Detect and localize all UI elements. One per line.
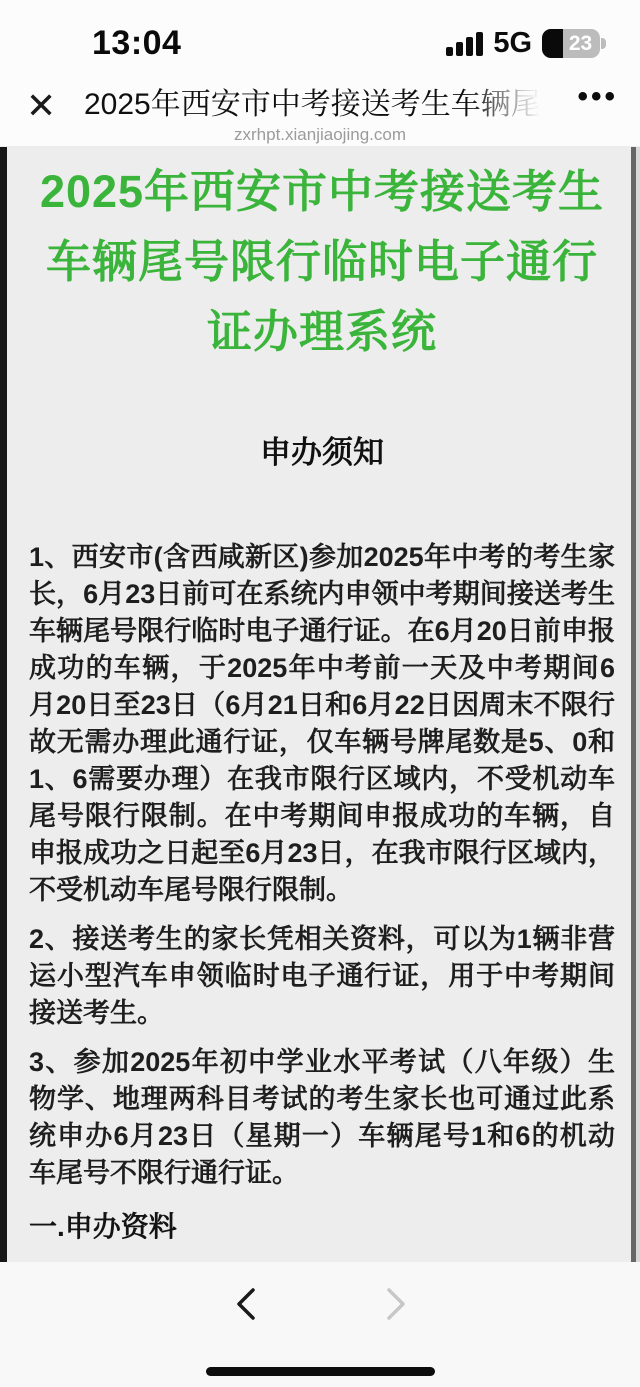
nav-title-box: 2025年西安市中考接送考生车辆尾号限行 xyxy=(84,84,554,126)
status-bar: 13:04 5G 23 xyxy=(0,0,640,88)
back-button[interactable] xyxy=(232,1286,260,1327)
heading-line-2: 车辆尾号限行临时电子通行 xyxy=(29,227,615,297)
heading-line-1: 2025年西安市中考接送考生 xyxy=(29,157,615,227)
cellular-signal-icon xyxy=(446,32,483,56)
battery-fill xyxy=(542,29,563,58)
notice-paragraphs: 1、西安市(含西咸新区)参加2025年中考的考生家长，6月23日前可在系统内申领… xyxy=(29,539,615,1192)
home-indicator[interactable] xyxy=(206,1367,435,1376)
back-chevron-icon xyxy=(232,1286,260,1322)
more-menu-icon[interactable]: ••• xyxy=(577,80,618,114)
page-url: zxrhpt.xianjiaojing.com xyxy=(0,125,640,145)
notice-paragraph-3: 3、参加2025年初中学业水平考试（八年级）生物学、地理两科目考试的考生家长也可… xyxy=(29,1044,615,1192)
network-type-label: 5G xyxy=(493,27,532,60)
browser-page-title: 2025年西安市中考接送考生车辆尾号限行 xyxy=(84,88,554,121)
phone-screen: 13:04 5G 23 ✕ 2025年西安市中考接送考生车辆尾号限行 ••• z… xyxy=(0,0,640,1387)
browser-toolbar xyxy=(0,1262,640,1387)
heading-line-3: 证办理系统 xyxy=(29,297,615,367)
page-content: 2025年西安市中考接送考生 车辆尾号限行临时电子通行 证办理系统 申办须知 1… xyxy=(7,147,631,1262)
page-left-edge xyxy=(0,147,7,1262)
battery-nub xyxy=(601,38,606,49)
notice-paragraph-1: 1、西安市(含西咸新区)参加2025年中考的考生家长，6月23日前可在系统内申领… xyxy=(29,539,615,909)
notice-paragraph-2: 2、接送考生的家长凭相关资料，可以为1辆非营运小型汽车申领临时电子通行证，用于中… xyxy=(29,921,615,1032)
webview: 2025年西安市中考接送考生 车辆尾号限行临时电子通行 证办理系统 申办须知 1… xyxy=(0,147,640,1262)
status-right-cluster: 5G 23 xyxy=(446,27,600,60)
battery-icon: 23 xyxy=(542,29,600,58)
notice-title: 申办须知 xyxy=(29,433,615,473)
forward-chevron-icon xyxy=(382,1286,410,1322)
forward-button[interactable] xyxy=(382,1286,410,1327)
close-icon[interactable]: ✕ xyxy=(26,86,56,126)
status-time: 13:04 xyxy=(92,24,181,63)
browser-nav-bar: ✕ 2025年西安市中考接送考生车辆尾号限行 ••• zxrhpt.xianji… xyxy=(0,88,640,147)
battery-percent: 23 xyxy=(561,32,600,56)
section-title-materials: 一.申办资料 xyxy=(29,1208,615,1245)
page-right-edge-outer xyxy=(636,147,640,1262)
system-heading: 2025年西安市中考接送考生 车辆尾号限行临时电子通行 证办理系统 xyxy=(29,157,615,367)
